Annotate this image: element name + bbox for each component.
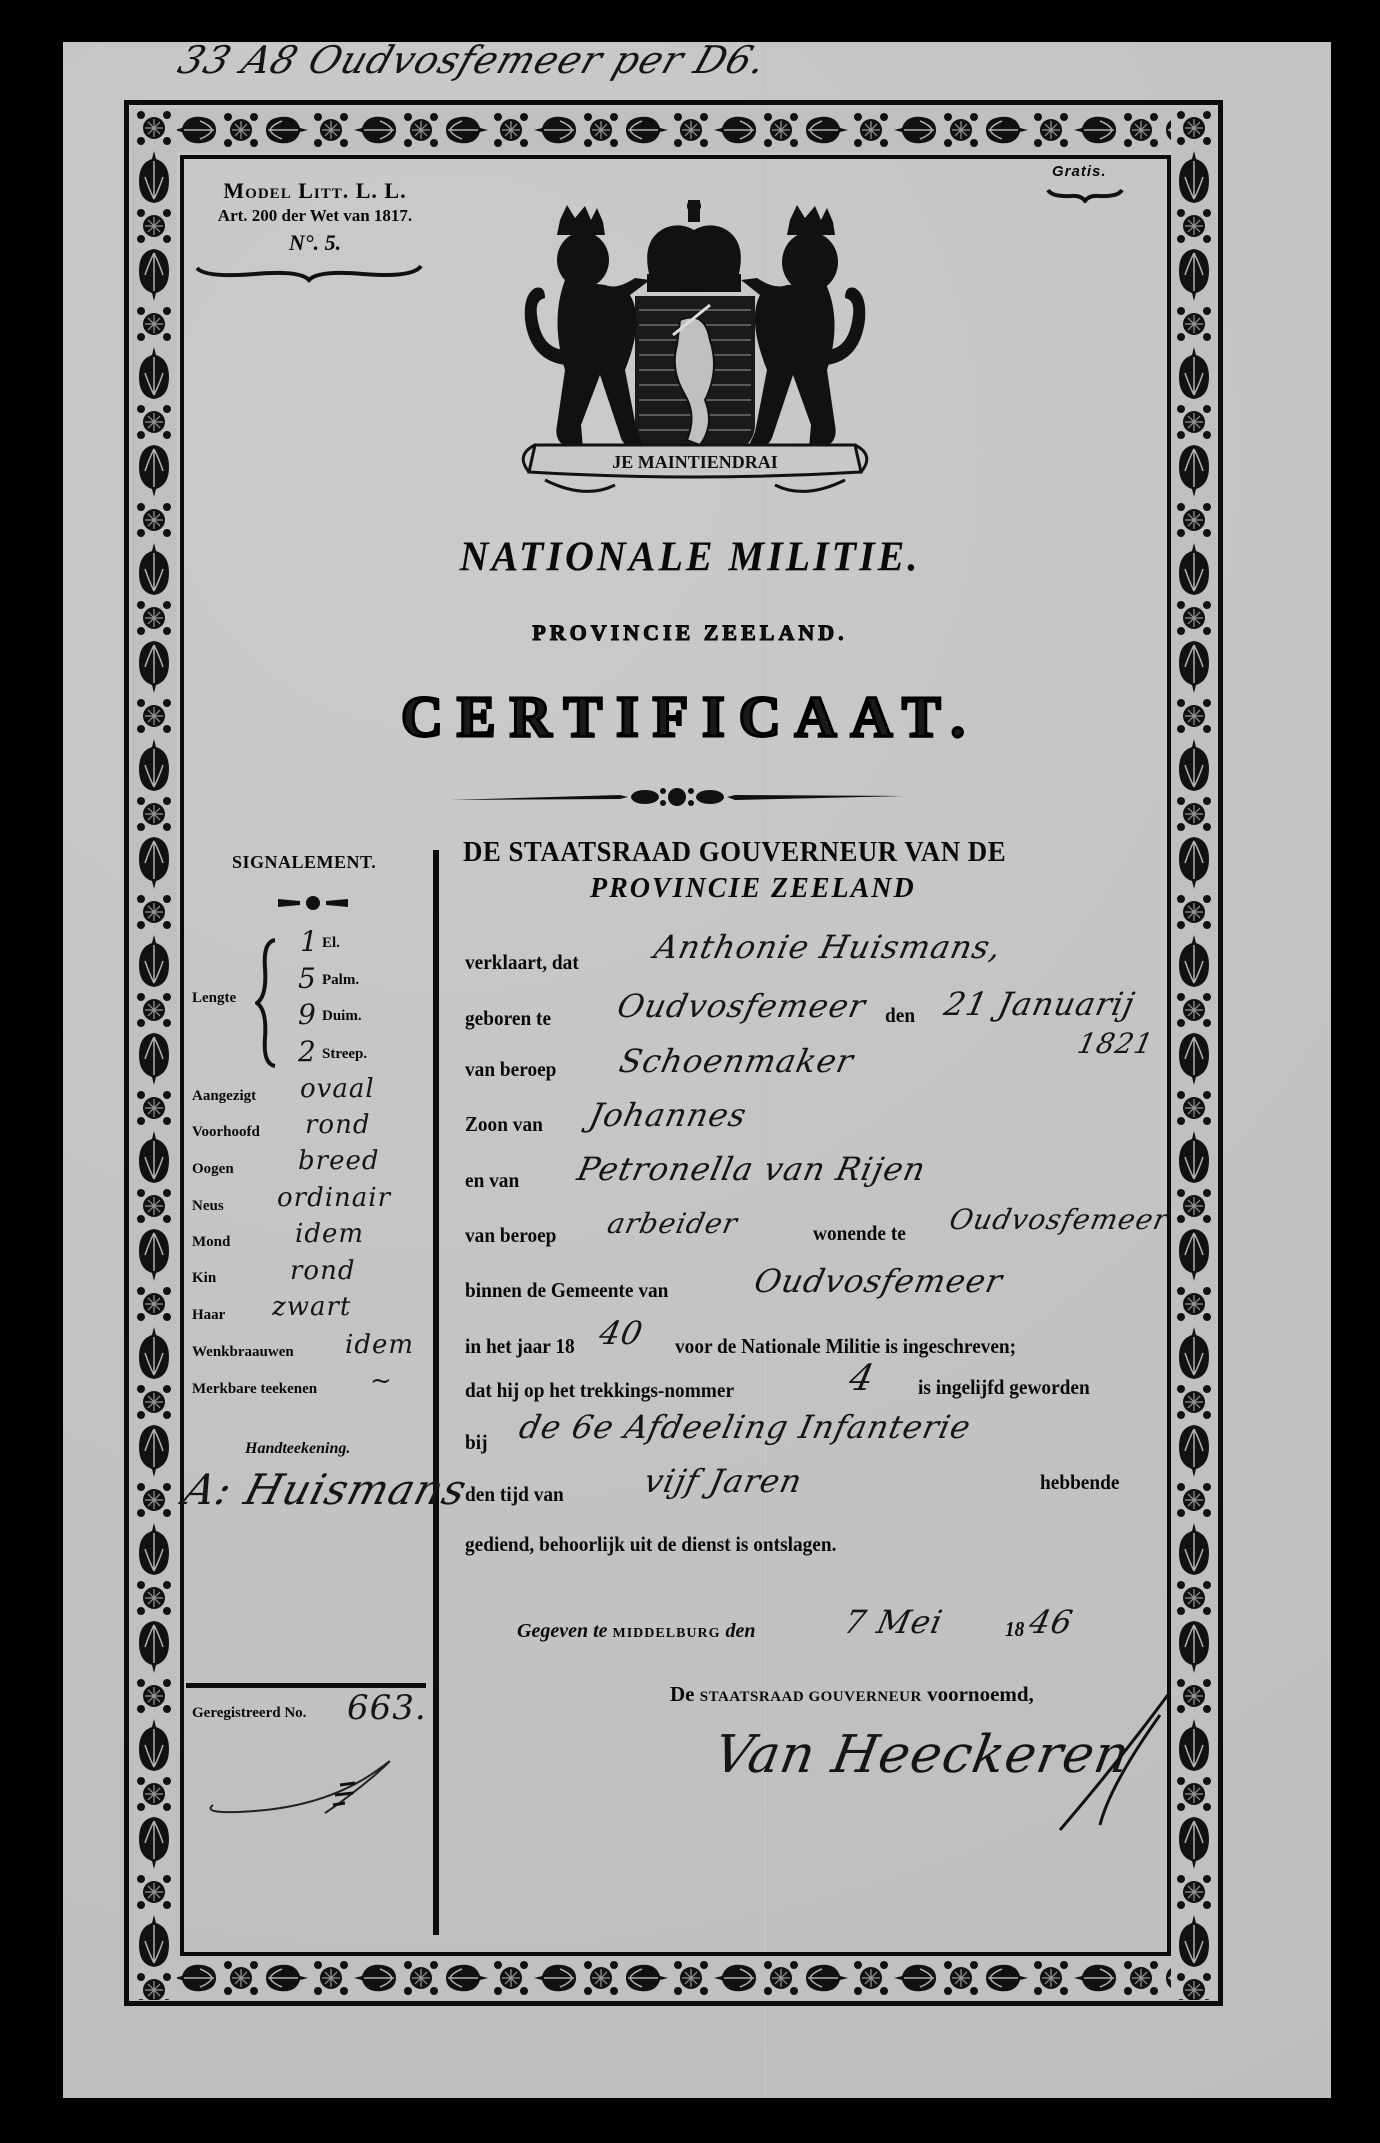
law-line: Art. 200 der Wet van 1817. xyxy=(195,206,435,226)
rosette-ornament-icon xyxy=(491,1958,531,1998)
given-den: den xyxy=(726,1620,756,1642)
governor-line: De STAATSRAAD GOUVERNEUR voornoemd, xyxy=(670,1682,1034,1707)
palmette-ornament-icon xyxy=(1174,442,1214,500)
soldier-name: Anthonie Huismans, xyxy=(651,928,1005,966)
father-name: Johannes xyxy=(586,1096,750,1134)
palmette-ornament-icon xyxy=(134,246,174,304)
municipality: Oudvosfemeer xyxy=(751,1262,1006,1300)
length-palm-unit: Palm. xyxy=(322,972,359,989)
rosette-ornament-icon xyxy=(761,110,801,150)
rosette-ornament-icon xyxy=(134,990,174,1030)
palmette-ornament-icon xyxy=(134,834,174,892)
feature-value-kin: rond xyxy=(290,1256,355,1286)
palmette-ornament-icon xyxy=(261,112,311,148)
palmette-ornament-icon xyxy=(621,1960,671,1996)
governor-heading-line1: DE STAATSRAAD GOUVERNEUR VAN DE xyxy=(463,837,1006,869)
rosette-ornament-icon xyxy=(134,892,174,932)
signalement-heading: SIGNALEMENT. xyxy=(232,852,376,873)
rosette-ornament-icon xyxy=(851,110,891,150)
rosette-ornament-icon xyxy=(134,1872,174,1912)
feature-label-kin: Kin xyxy=(192,1270,216,1287)
discharge-text: gediend, behoorlijk uit de dienst is ont… xyxy=(465,1532,836,1557)
given-date: 7 Mei xyxy=(841,1603,947,1641)
feature-value-merkbare-teekenen: ~ xyxy=(370,1366,393,1396)
palmette-ornament-icon xyxy=(1174,1324,1214,1382)
rosette-ornament-icon xyxy=(134,1774,174,1814)
given-city: MIDDELBURG xyxy=(613,1626,721,1641)
rosette-ornament-icon xyxy=(134,402,174,442)
palmette-ornament-icon xyxy=(1174,1520,1214,1578)
rosette-ornament-icon xyxy=(311,110,351,150)
palmette-ornament-icon xyxy=(134,1324,174,1382)
palmette-ornament-icon xyxy=(441,112,491,148)
palmette-ornament-icon xyxy=(351,112,401,148)
rosette-ornament-icon xyxy=(221,110,261,150)
brace-ornament-icon xyxy=(195,262,423,284)
palmette-ornament-icon xyxy=(1174,1618,1214,1676)
feature-label-merkbare-teekenen: Merkbare teekenen xyxy=(192,1381,317,1398)
rosette-ornament-icon xyxy=(1174,1186,1214,1226)
rosette-ornament-icon xyxy=(134,1382,174,1422)
declares-label: verklaart, dat xyxy=(465,950,579,975)
top-annotation: 33 A8 Oudvosfemeer per D6. xyxy=(173,38,773,82)
length-el-value: 1 xyxy=(300,925,319,958)
palmette-ornament-icon xyxy=(981,112,1031,148)
registered-text: voor de Nationale Militie is ingeschreve… xyxy=(675,1334,1016,1359)
length-duim-value: 9 xyxy=(298,998,317,1031)
rosette-ornament-icon xyxy=(1174,1480,1214,1520)
military-unit: de 6e Afdeeling Infanterie xyxy=(516,1408,975,1446)
given-prefix: Gegeven te xyxy=(517,1620,608,1642)
gratis-label: Gratis. xyxy=(1052,163,1107,180)
palmette-ornament-icon xyxy=(134,1912,174,1970)
feature-label-neus: Neus xyxy=(192,1198,224,1215)
birthplace: Oudvosfemeer xyxy=(614,987,869,1025)
given-year-suffix: 46 xyxy=(1026,1603,1077,1641)
length-brace-icon xyxy=(255,938,279,1068)
rosette-ornament-icon xyxy=(134,108,174,148)
feature-value-mond: idem xyxy=(295,1219,364,1249)
rosette-ornament-icon xyxy=(1174,990,1214,1030)
rosette-ornament-icon xyxy=(1121,1958,1161,1998)
palmette-ornament-icon xyxy=(351,1960,401,1996)
rosette-ornament-icon xyxy=(941,1958,981,1998)
feature-label-wenkbraauwen: Wenkbraauwen xyxy=(192,1344,294,1361)
coat-of-arms-icon: JE MAINTIENDRAI xyxy=(505,200,885,505)
feature-label-mond: Mond xyxy=(192,1234,230,1251)
feature-value-voorhoofd: rond xyxy=(305,1110,370,1140)
rosette-ornament-icon xyxy=(134,206,174,246)
palmette-ornament-icon xyxy=(1071,1960,1121,1996)
palmette-ornament-icon xyxy=(801,1960,851,1996)
palmette-ornament-icon xyxy=(1174,1030,1214,1088)
feature-value-oogen: breed xyxy=(298,1146,380,1176)
governor-voornoemd: voornoemd, xyxy=(927,1682,1034,1706)
palmette-ornament-icon xyxy=(1174,1716,1214,1774)
title-rule-ornament-icon xyxy=(450,786,905,808)
palmette-ornament-icon xyxy=(134,344,174,402)
palmette-ornament-icon xyxy=(134,932,174,990)
governor-de: De xyxy=(670,1682,695,1706)
rosette-ornament-icon xyxy=(1031,1958,1071,1998)
occupation: Schoenmaker xyxy=(616,1042,857,1080)
registered-label: Geregistreerd No. xyxy=(192,1705,306,1722)
lot-number-label: dat hij op het trekkings-nommer xyxy=(465,1378,734,1403)
rosette-ornament-icon xyxy=(401,1958,441,1998)
rosette-ornament-icon xyxy=(1174,794,1214,834)
rosette-ornament-icon xyxy=(1174,1284,1214,1324)
palmette-ornament-icon xyxy=(134,1520,174,1578)
palmette-ornament-icon xyxy=(1174,1912,1214,1970)
rosette-ornament-icon xyxy=(134,1578,174,1618)
rosette-ornament-icon xyxy=(1031,110,1071,150)
palmette-ornament-icon xyxy=(891,112,941,148)
palmette-ornament-icon xyxy=(441,1960,491,1996)
registered-number: 663. xyxy=(347,1688,427,1728)
palmette-ornament-icon xyxy=(891,1960,941,1996)
rosette-ornament-icon xyxy=(134,1186,174,1226)
palmette-ornament-icon xyxy=(531,1960,581,1996)
residence: Oudvosfemeer xyxy=(946,1203,1171,1236)
rosette-ornament-icon xyxy=(1174,1774,1214,1814)
rosette-ornament-icon xyxy=(1174,1676,1214,1716)
rosette-ornament-icon xyxy=(134,1970,174,2000)
son-of-label: Zoon van xyxy=(465,1112,543,1137)
length-label: Lengte xyxy=(192,990,236,1007)
rosette-ornament-icon xyxy=(941,110,981,150)
feature-value-wenkbraauwen: idem xyxy=(345,1330,414,1360)
palmette-ornament-icon xyxy=(134,1618,174,1676)
unit-at-label: bij xyxy=(465,1430,488,1455)
enlisted-text: is ingelijfd geworden xyxy=(918,1375,1090,1400)
length-palm-value: 5 xyxy=(298,962,317,995)
brace-ornament-icon xyxy=(1046,187,1124,203)
palmette-ornament-icon xyxy=(1174,1226,1214,1284)
palmette-ornament-icon xyxy=(1174,932,1214,990)
feature-label-oogen: Oogen xyxy=(192,1161,234,1178)
rosette-ornament-icon xyxy=(1174,108,1214,148)
palmette-ornament-icon xyxy=(1174,344,1214,402)
feature-label-haar: Haar xyxy=(192,1307,225,1324)
rosette-ornament-icon xyxy=(1121,110,1161,150)
rosette-ornament-icon xyxy=(761,1958,801,1998)
length-streep-unit: Streep. xyxy=(322,1046,367,1063)
signature-flourish-icon xyxy=(1020,1690,1180,1850)
model-line: Model Litt. L. L. xyxy=(195,178,435,204)
born-label: geboren te xyxy=(465,1006,551,1031)
rosette-ornament-icon xyxy=(1174,1382,1214,1422)
parent-occupation: arbeider xyxy=(604,1207,740,1240)
palmette-ornament-icon xyxy=(621,112,671,148)
parent-occupation-label: van beroep xyxy=(465,1223,556,1248)
rosette-ornament-icon xyxy=(134,1676,174,1716)
birth-date: 21 Januarij xyxy=(941,985,1139,1023)
rosette-ornament-icon xyxy=(311,1958,351,1998)
rosette-ornament-icon xyxy=(581,110,621,150)
palmette-ornament-icon xyxy=(1174,834,1214,892)
palmette-ornament-icon xyxy=(1174,148,1214,206)
rosette-ornament-icon xyxy=(1174,402,1214,442)
and-of-label: en van xyxy=(465,1168,519,1193)
residing-label: wonende te xyxy=(813,1221,906,1246)
palmette-ornament-icon xyxy=(261,1960,311,1996)
motto-text: JE MAINTIENDRAI xyxy=(612,452,778,472)
service-period: vijf Jaren xyxy=(641,1462,806,1500)
rosette-ornament-icon xyxy=(851,1958,891,1998)
palmette-ornament-icon xyxy=(171,1960,221,1996)
palmette-ornament-icon xyxy=(171,112,221,148)
rosette-ornament-icon xyxy=(1174,1970,1214,2000)
rosette-ornament-icon xyxy=(671,1958,711,1998)
palmette-ornament-icon xyxy=(711,112,761,148)
length-streep-value: 2 xyxy=(298,1035,317,1068)
rosette-ornament-icon xyxy=(134,1088,174,1128)
municipality-label: binnen de Gemeente van xyxy=(465,1278,668,1303)
palmette-ornament-icon xyxy=(531,112,581,148)
palmette-ornament-icon xyxy=(134,1716,174,1774)
feature-value-neus: ordinair xyxy=(277,1183,391,1213)
period-label: den tijd van xyxy=(465,1482,564,1507)
palmette-ornament-icon xyxy=(801,112,851,148)
registrar-paraph-icon xyxy=(205,1755,405,1825)
palmette-ornament-icon xyxy=(134,1030,174,1088)
mother-name: Petronella van Rijen xyxy=(574,1150,930,1188)
palmette-ornament-icon xyxy=(1174,1128,1214,1186)
holder-signature: A: Huismans xyxy=(178,1465,472,1514)
rosette-ornament-icon xyxy=(581,1958,621,1998)
birth-year: 1821 xyxy=(1074,1027,1156,1060)
signalement-ornament-icon xyxy=(278,895,348,911)
ornament-band-top xyxy=(131,108,1216,152)
palmette-ornament-icon xyxy=(981,1960,1031,1996)
title-nationale-militie: NATIONALE MILITIE. xyxy=(0,532,1380,581)
length-duim-unit: Duim. xyxy=(322,1008,362,1025)
feature-value-haar: zwart xyxy=(272,1292,351,1322)
rosette-ornament-icon xyxy=(134,794,174,834)
rosette-ornament-icon xyxy=(671,110,711,150)
model-reference: Model Litt. L. L. Art. 200 der Wet van 1… xyxy=(195,178,435,256)
palmette-ornament-icon xyxy=(1174,246,1214,304)
palmette-ornament-icon xyxy=(1071,112,1121,148)
rosette-ornament-icon xyxy=(221,1958,261,1998)
rosette-ornament-icon xyxy=(1174,892,1214,932)
ornament-band-bottom xyxy=(131,1956,1216,2000)
palmette-ornament-icon xyxy=(134,1128,174,1186)
governor-title: STAATSRAAD GOUVERNEUR xyxy=(700,1689,922,1705)
column-divider xyxy=(433,850,439,1935)
feature-label-aangezigt: Aangezigt xyxy=(192,1088,256,1105)
rosette-ornament-icon xyxy=(1174,206,1214,246)
rosette-ornament-icon xyxy=(1174,1088,1214,1128)
number-line: N°. 5. xyxy=(195,230,435,256)
palmette-ornament-icon xyxy=(134,442,174,500)
signature-label: Handteekening. xyxy=(245,1440,350,1458)
rosette-ornament-icon xyxy=(134,304,174,344)
given-year-prefix: 18 xyxy=(1005,1617,1024,1642)
rosette-ornament-icon xyxy=(134,1480,174,1520)
length-el-unit: El. xyxy=(322,935,340,952)
given-line: Gegeven te MIDDELBURG den xyxy=(517,1620,756,1643)
feature-value-aangezigt: ovaal xyxy=(300,1074,375,1104)
rosette-ornament-icon xyxy=(401,110,441,150)
rosette-ornament-icon xyxy=(1174,1578,1214,1618)
palmette-ornament-icon xyxy=(134,1226,174,1284)
ornament-band-left xyxy=(131,108,177,2000)
palmette-ornament-icon xyxy=(711,1960,761,1996)
occupation-label: van beroep xyxy=(465,1057,556,1082)
palmette-ornament-icon xyxy=(1174,1814,1214,1872)
palmette-ornament-icon xyxy=(134,1422,174,1480)
registration-year-suffix: 40 xyxy=(596,1314,647,1352)
rosette-ornament-icon xyxy=(1174,1872,1214,1912)
governor-heading-line2: PROVINCIE ZEELAND xyxy=(590,873,916,905)
birth-den-label: den xyxy=(885,1003,915,1028)
rosette-ornament-icon xyxy=(134,1284,174,1324)
title-certificaat: CERTIFICAAT. xyxy=(0,683,1380,750)
registration-year-prefix: in het jaar 18 xyxy=(465,1334,575,1359)
rosette-ornament-icon xyxy=(1174,304,1214,344)
palmette-ornament-icon xyxy=(1174,1422,1214,1480)
palmette-ornament-icon xyxy=(134,1814,174,1872)
feature-label-voorhoofd: Voorhoofd xyxy=(192,1124,260,1141)
having-label: hebbende xyxy=(1040,1470,1119,1495)
title-province: PROVINCIE ZEELAND. xyxy=(0,620,1380,646)
rosette-ornament-icon xyxy=(491,110,531,150)
palmette-ornament-icon xyxy=(134,148,174,206)
